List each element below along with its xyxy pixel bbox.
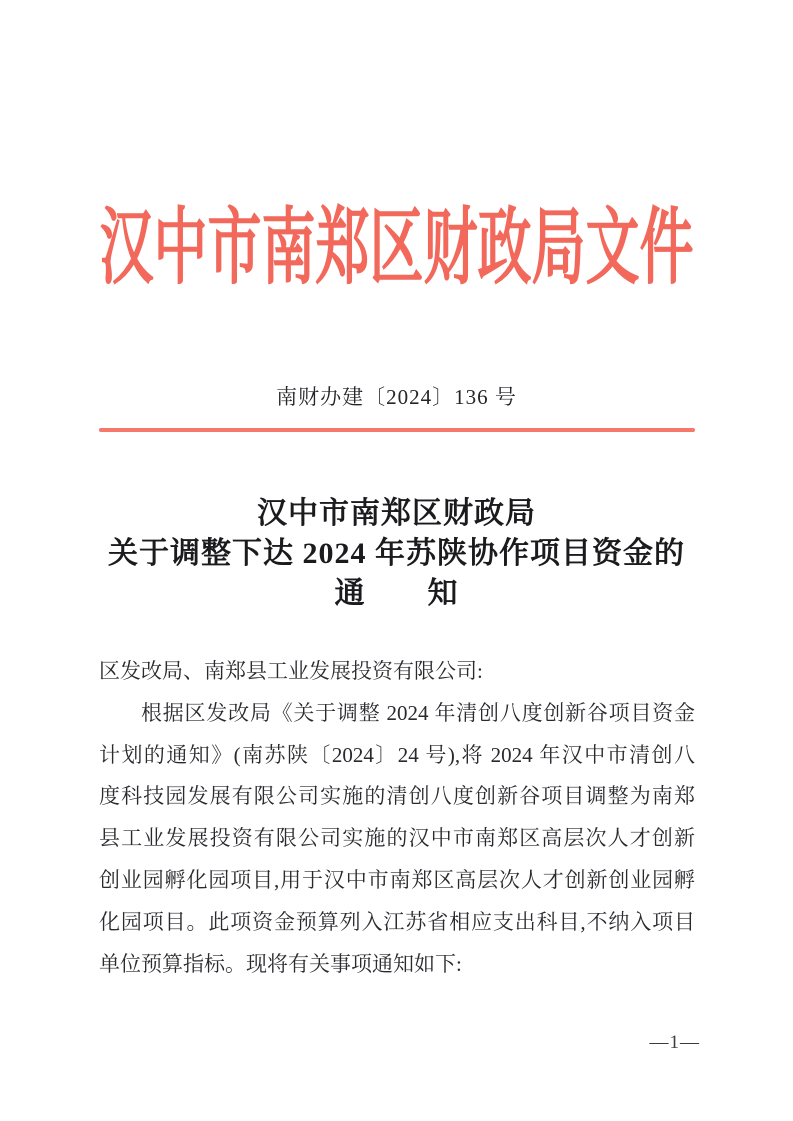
document-title: 汉中市南郑区财政局 关于调整下达 2024 年苏陕协作项目资金的 通 知 [0,494,793,614]
body-line: 计划的通知》(南苏陕〔2024〕24 号),将 2024 年汉中市清创八 [99,735,695,777]
document-number: 南财办建〔2024〕136 号 [0,381,793,411]
body-line: 根据区发改局《关于调整 2024 年清创八度创新谷项目资金 [99,693,695,735]
document-body: 区发改局、南郑县工业发展投资有限公司: 根据区发改局《关于调整 2024 年清创… [99,651,695,985]
page-number: —1— [650,1032,701,1054]
agency-letterhead: 汉中市南郑区财政局文件 [0,221,793,275]
title-line-subject: 关于调整下达 2024 年苏陕协作项目资金的 [0,534,793,574]
title-line-notice: 通 知 [0,574,793,614]
salutation-line: 区发改局、南郑县工业发展投资有限公司: [99,651,695,693]
agency-letterhead-text: 汉中市南郑区财政局文件 [100,206,694,290]
body-line: 单位预算指标。现将有关事项通知如下: [99,944,695,986]
title-line-agency: 汉中市南郑区财政局 [0,494,793,534]
body-line: 度科技园发展有限公司实施的清创八度创新谷项目调整为南郑 [99,776,695,818]
body-line: 县工业发展投资有限公司实施的汉中市南郑区高层次人才创新 [99,818,695,860]
document-page: 汉中市南郑区财政局文件 南财办建〔2024〕136 号 汉中市南郑区财政局 关于… [0,0,793,1121]
red-divider-rule [99,428,695,432]
body-line: 创业园孵化园项目,用于汉中市南郑区高层次人才创新创业园孵 [99,860,695,902]
body-line: 化园项目。此项资金预算列入江苏省相应支出科目,不纳入项目 [99,902,695,944]
